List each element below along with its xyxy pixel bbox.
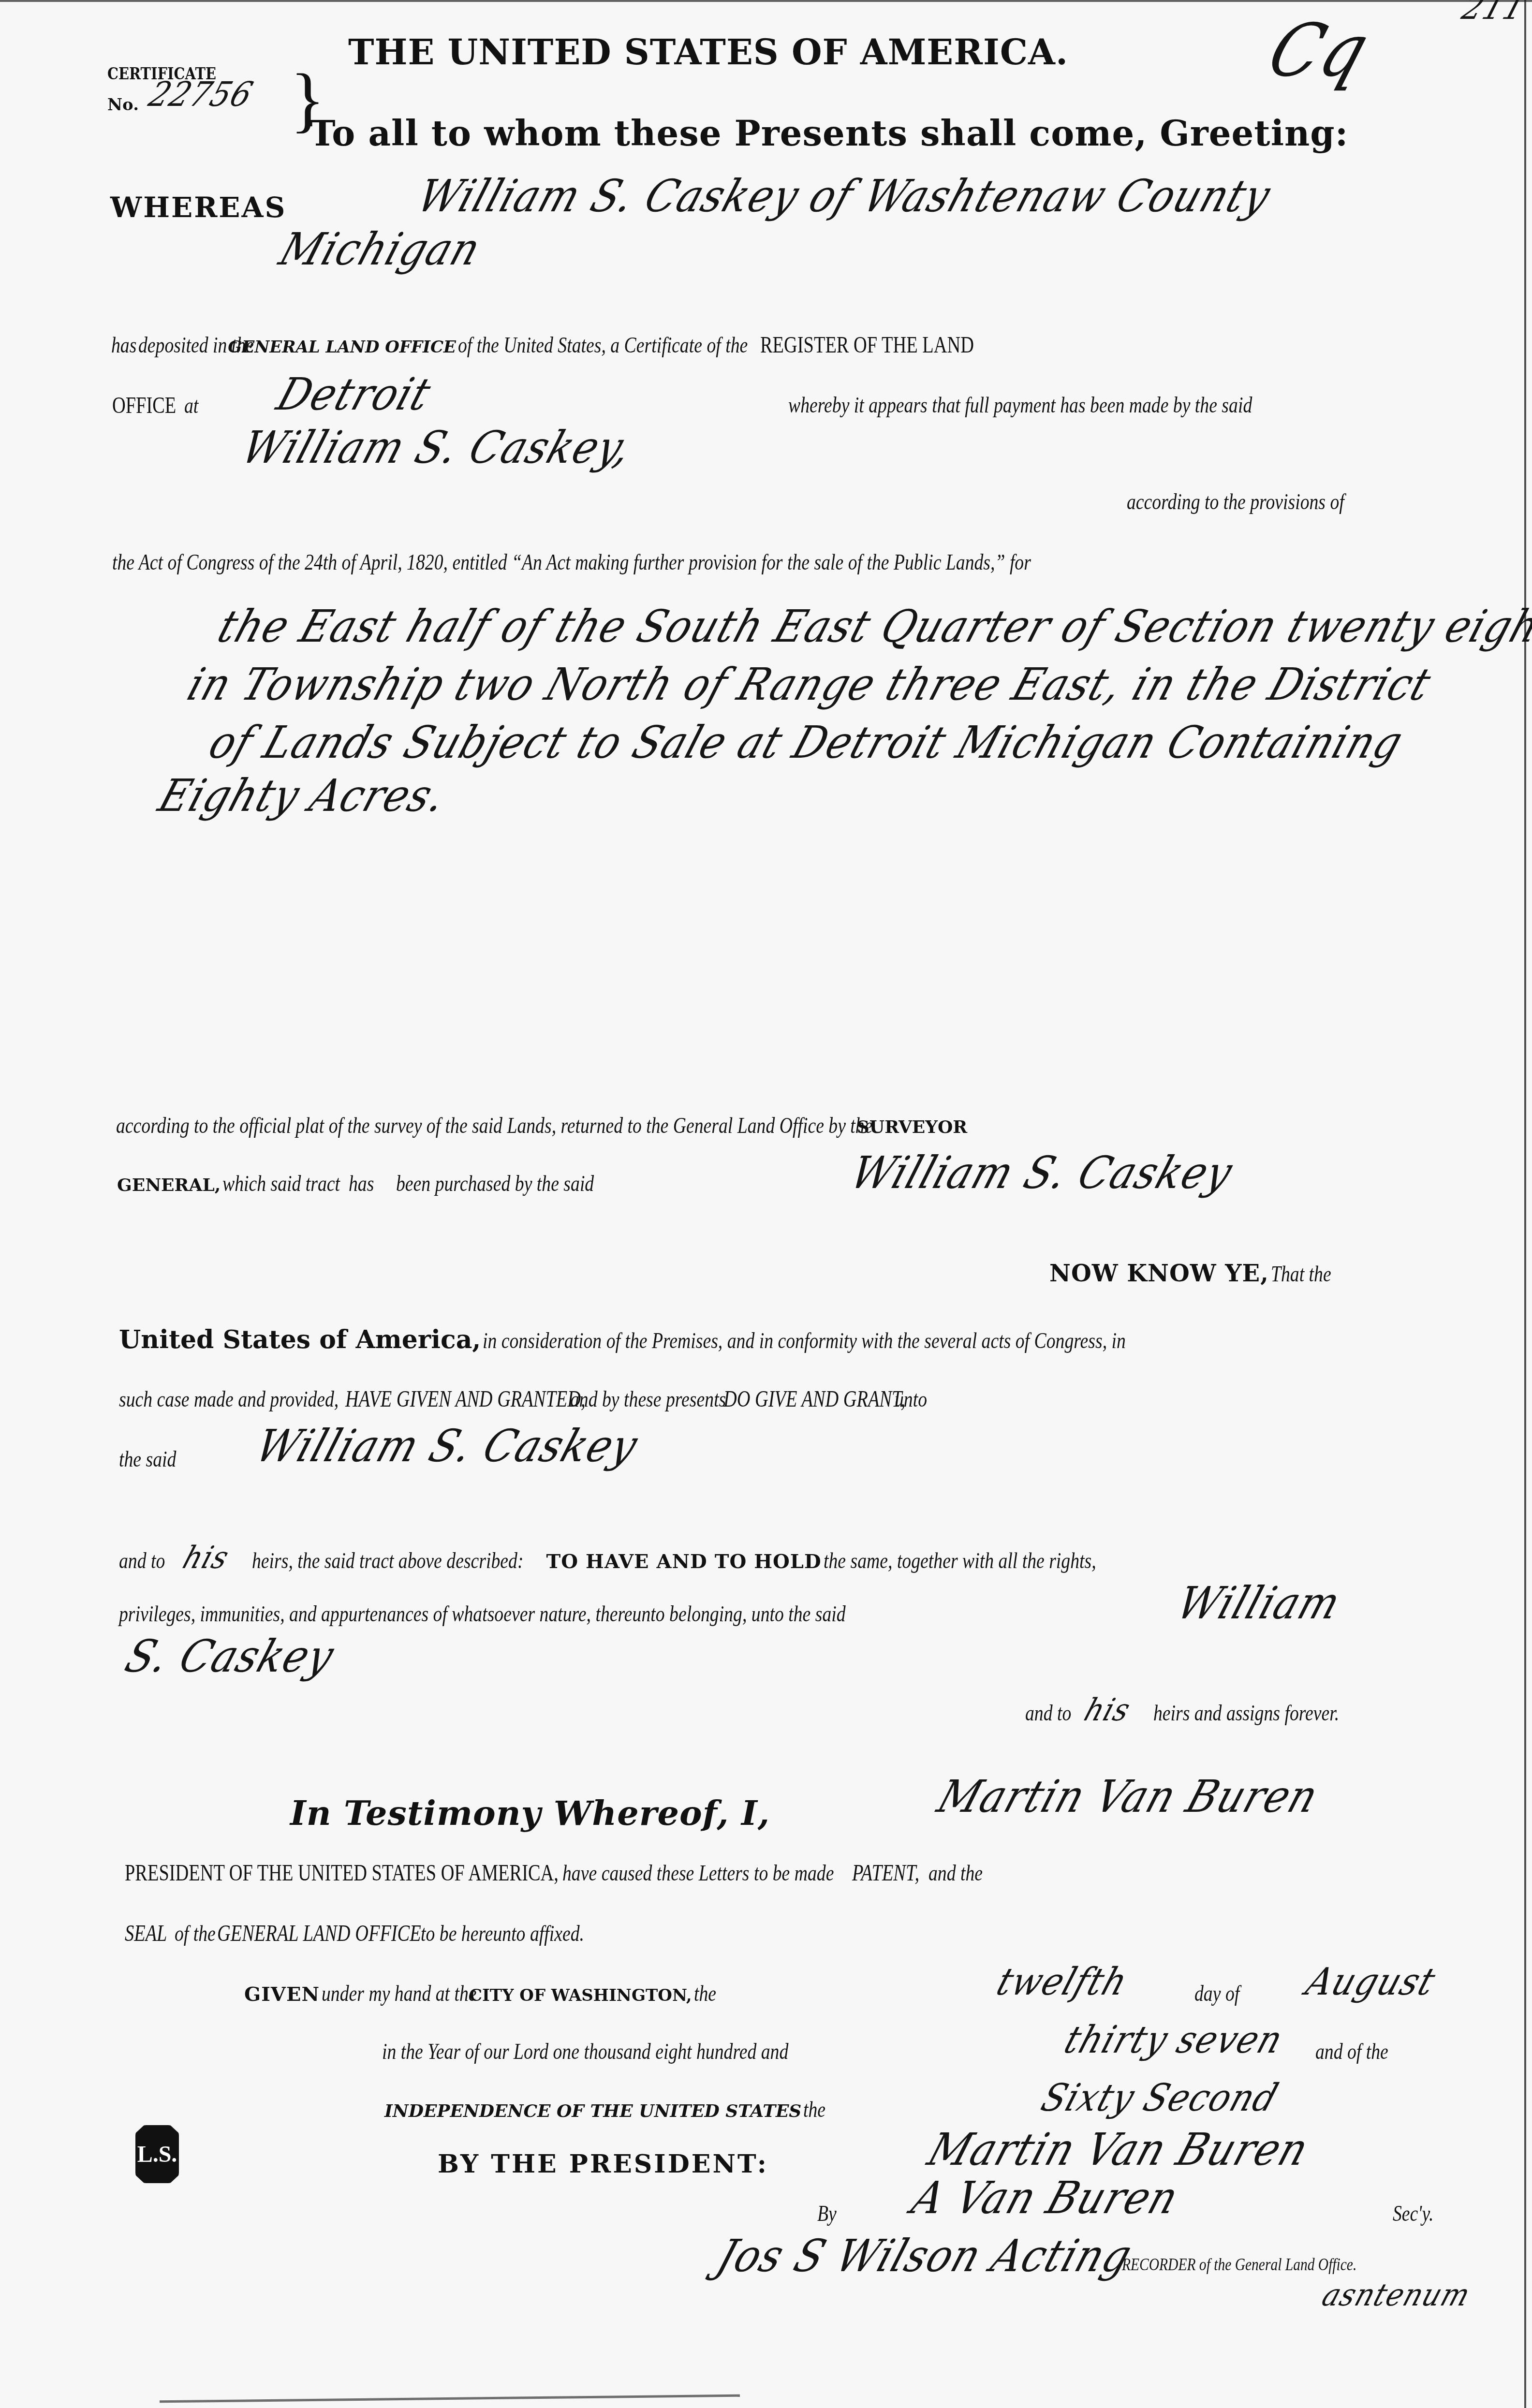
now-know-ye: NOW KNOW YE, [1049,1260,1269,1287]
the-lower-text: the [803,2099,825,2121]
page-right-edge [1524,0,1526,2408]
by-the-president: BY THE PRESIDENT: [438,2152,768,2177]
and-the-text: and the [928,1862,983,1884]
land-office-city: Detroit [272,372,436,417]
legal-description-line: Eighty Acres. [154,774,452,818]
general-line: GENERAL, which said tract has been purch… [117,1173,637,1195]
heirs-described-text: heirs, the said tract above described: [252,1550,523,1572]
grantee-state: Michigan [275,227,486,272]
such-case-text: such case made and provided, [119,1388,339,1410]
independence-label: INDEPENDENCE OF THE UNITED STATES [384,2101,801,2121]
year-text: in the Year of our Lord one thousand eig… [382,2041,788,2063]
recorder-note: asntenum [1318,2280,1474,2311]
usa-label: United States of America, [119,1325,481,1354]
the-said-text: the said [119,1448,176,1470]
year-value: thirty seven [1060,2021,1288,2059]
unto-text: unto [895,1388,927,1410]
purchaser-name: William S. Caskey [845,1151,1238,1195]
has-text: has [111,334,136,356]
such-case-line: such case made and provided, HAVE GIVEN … [119,1388,934,1411]
at-text: at [184,395,198,417]
now-know-ye-line: NOW KNOW YE, That the [1049,1262,1344,1285]
caused-text: have caused these Letters to be made [562,1862,834,1884]
habendum-label: TO HAVE AND TO HOLD [546,1550,822,1573]
day-of-text: day of [1194,1982,1239,2005]
assigns-line: and to his heirs and assigns forever. [1025,1695,1380,1726]
president-signature: Martin Van Buren [923,2128,1314,2172]
document-title: THE UNITED STATES OF AMERICA. [348,35,1068,70]
rights-text: the same, together with all the rights, [824,1550,1096,1572]
by-these-text: and by these presents [570,1388,726,1410]
patent-label: PATENT, [852,1862,919,1885]
seal-mark: L.S. [137,2141,177,2168]
secretary-suffix: Sec'y. [1393,2202,1434,2225]
whereas-label: WHEREAS [110,193,286,221]
his-handwritten: his [1081,1695,1134,1726]
seal-line: SEAL of the GENERAL LAND OFFICE to be he… [125,1922,620,1945]
and-of-the-text: and of the [1315,2041,1388,2063]
surveyor-label: SURVEYOR [857,1117,967,1137]
seal-text: SEAL [125,1922,167,1945]
page-bottom-edge [160,2394,740,2403]
grantee-first-name: William [1172,1581,1346,1626]
given-label: GIVEN [244,1983,320,2006]
plat-text: according to the official plat of the su… [116,1115,872,1137]
and-to-text: and to [1025,1702,1071,1724]
greeting: To all to whom these Presents shall come… [309,116,1348,151]
page-top-edge [0,0,1532,2]
deposited-text: deposited in the [138,334,254,356]
under-hand-text: under my hand at the [322,1982,477,2005]
his-handwritten: his [179,1542,233,1573]
grantee-name-county: William S. Caskey of Washtenaw County [412,174,1276,219]
payer-name: William S. Caskey, [236,426,637,470]
tract-text: which said tract [222,1173,340,1195]
by-label: By [817,2202,837,2225]
of-the-text: of the [175,1923,216,1945]
recorder-title: RECORDER of the General Land Office. [1122,2256,1356,2273]
plat-line: according to the official plat of the su… [116,1115,967,1137]
grantee-last-name: S. Caskey [120,1634,340,1679]
month-value: August [1302,1963,1440,2001]
certificate-number-label: No. [107,97,139,113]
privileges-text: privileges, immunities, and appurtenance… [119,1603,846,1625]
consideration-text: in consideration of the Premises, and in… [483,1330,1126,1352]
locus-sigilli-seal: L.S. [135,2125,179,2183]
according-provisions: according to the provisions of [1127,491,1344,513]
city-label: CITY OF WASHINGTON, [469,1986,692,2005]
glo-caps: GENERAL LAND OFFICE [217,1922,421,1945]
legal-description-line: in Township two North of Range three Eas… [182,662,1436,707]
that-the: That the [1271,1263,1331,1285]
and-to-text: and to [119,1550,165,1572]
certificate-number: 22756 [145,77,257,111]
affixed-text: to be hereunto affixed. [421,1923,584,1945]
secretary-signature: A Van Buren [907,2176,1184,2220]
president-title: PRESIDENT OF THE UNITED STATES OF AMERIC… [125,1862,559,1885]
in-testimony-label: In Testimony Whereof, I, [290,1796,770,1830]
has-text: has [349,1173,374,1195]
the-text: the [694,1982,716,2005]
register-label: REGISTER OF THE LAND [760,334,974,357]
usa-line: United States of America, in considerati… [119,1327,1267,1352]
recorder-signature: Jos S Wilson Acting [712,2234,1137,2278]
assigns-text: heirs and assigns forever. [1153,1702,1339,1724]
have-given-label: HAVE GIVEN AND GRANTED, [345,1388,586,1411]
day-value: twelfth [992,1963,1133,2001]
legal-description-line: the East half of the South East Quarter … [213,604,1532,649]
heirs-line: and to his heirs, the said tract above d… [119,1542,1156,1573]
legal-description-line: of Lands Subject to Sale at Detroit Mich… [204,720,1409,765]
purchased-text: been purchased by the said [396,1173,594,1195]
given-line: GIVEN under my hand at the CITY OF WASHI… [244,1982,721,2005]
corner-flourish: Cq [1260,15,1377,87]
independence-year: Sixty Second [1037,2079,1283,2117]
of-us-text: of the United States, a Certificate of t… [458,334,748,356]
do-give-label: DO GIVE AND GRANT, [723,1388,905,1411]
president-line: PRESIDENT OF THE UNITED STATES OF AMERIC… [125,1862,994,1885]
grantee-name: William S. Caskey [250,1424,643,1468]
general-label: GENERAL, [117,1175,221,1195]
office-at-line: OFFICE at [112,394,202,417]
act-of-congress-text: the Act of Congress of the 24th of April… [112,551,1031,573]
glo-label: GENERAL LAND OFFICE [228,338,456,357]
president-name: Martin Van Buren [932,1775,1324,1819]
page-number-mark: 211 [1458,0,1530,24]
whereby-text: whereby it appears that full payment has… [788,394,1252,416]
deposited-line: has deposited in the GENERAL LAND OFFICE… [111,334,1027,357]
independence-line: INDEPENDENCE OF THE UNITED STATES the [384,2099,831,2121]
office-label: OFFICE [112,394,176,417]
